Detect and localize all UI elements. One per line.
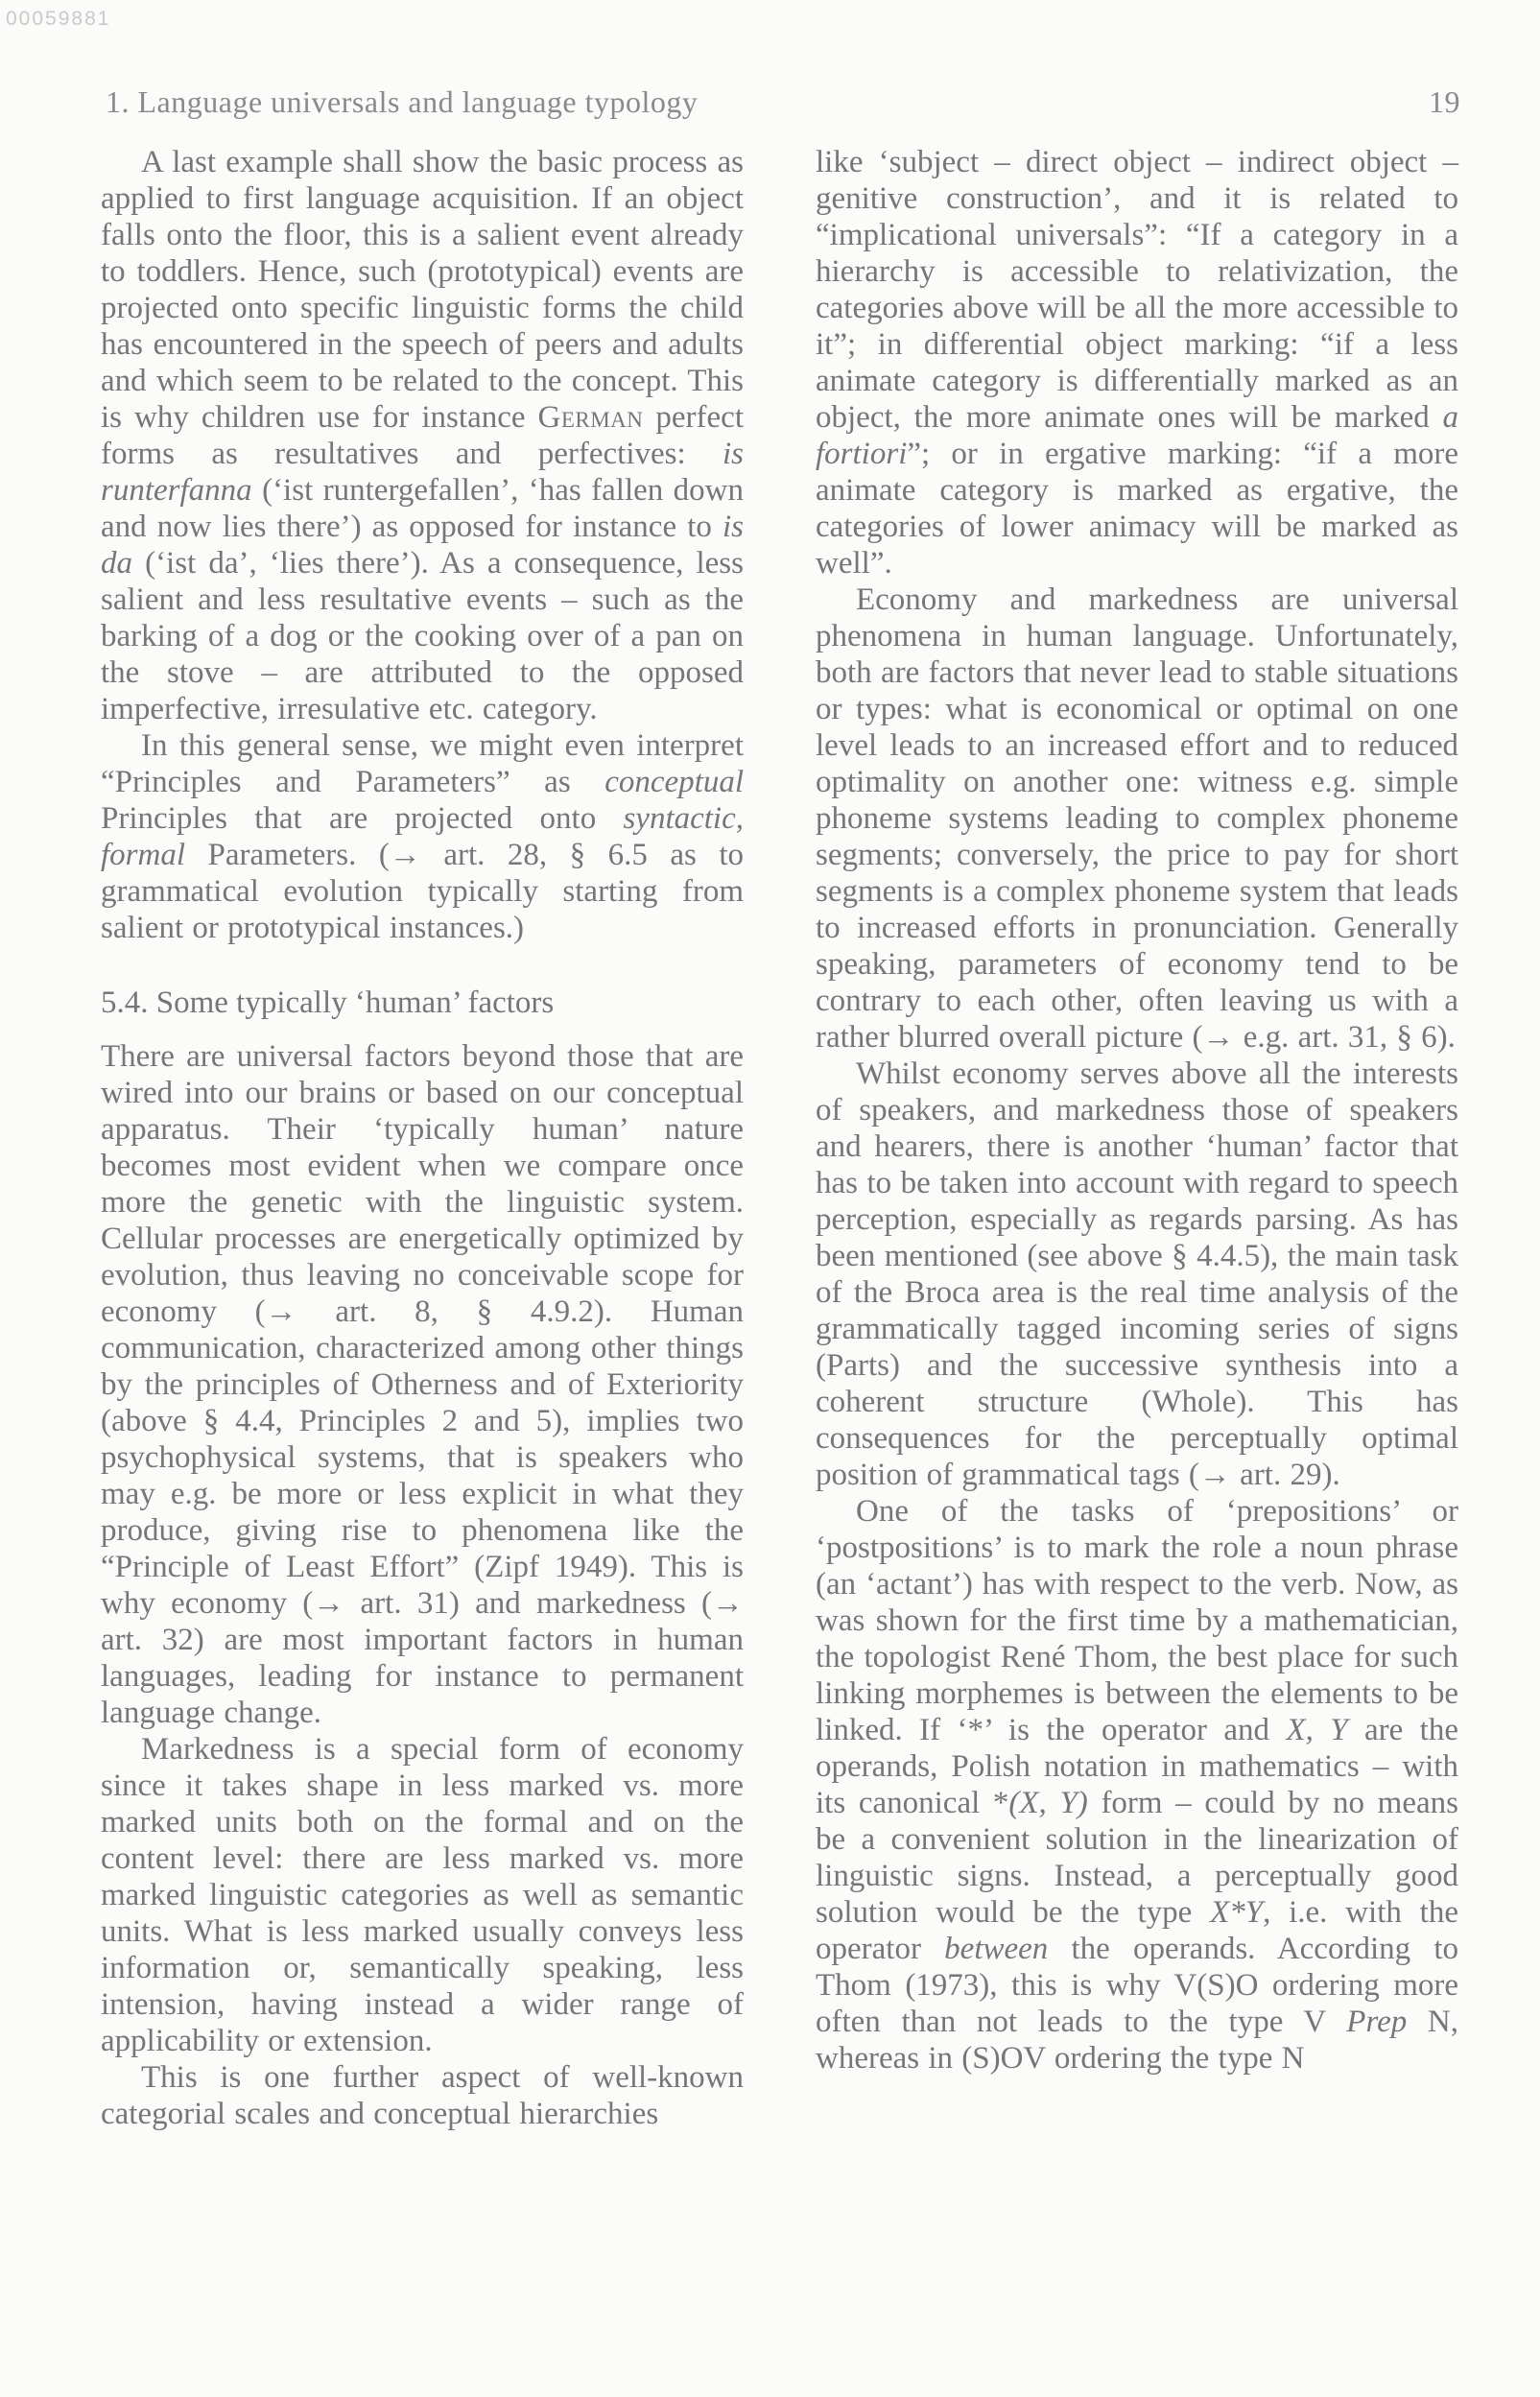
section-heading: 5.4. Some typically ‘human’ factors — [101, 985, 744, 1021]
paragraph: A last example shall show the basic proc… — [101, 144, 744, 727]
right-column: like ‘subject – direct object – indirect… — [816, 144, 1458, 2077]
paragraph: This is one further aspect of well-known… — [101, 2059, 744, 2132]
running-header: 1. Language universals and language typo… — [106, 84, 1460, 120]
chapter-title: 1. Language universals and language typo… — [106, 84, 698, 120]
paragraph: In this general sense, we might even int… — [101, 727, 744, 946]
paragraph: There are universal factors beyond those… — [101, 1038, 744, 1731]
left-column: A last example shall show the basic proc… — [101, 144, 744, 2132]
scanned-book-page: 00059881 1. Language universals and lang… — [0, 0, 1540, 2397]
paragraph: One of the tasks of ‘prepositions’ or ‘p… — [816, 1493, 1458, 2077]
paragraph: Economy and markedness are universal phe… — [816, 581, 1458, 1056]
paragraph: like ‘subject – direct object – indirect… — [816, 144, 1458, 581]
page-number: 19 — [1429, 84, 1460, 120]
paragraph: Markedness is a special form of economy … — [101, 1731, 744, 2059]
scan-serial-stamp: 00059881 — [6, 8, 110, 31]
paragraph: Whilst economy serves above all the inte… — [816, 1056, 1458, 1493]
